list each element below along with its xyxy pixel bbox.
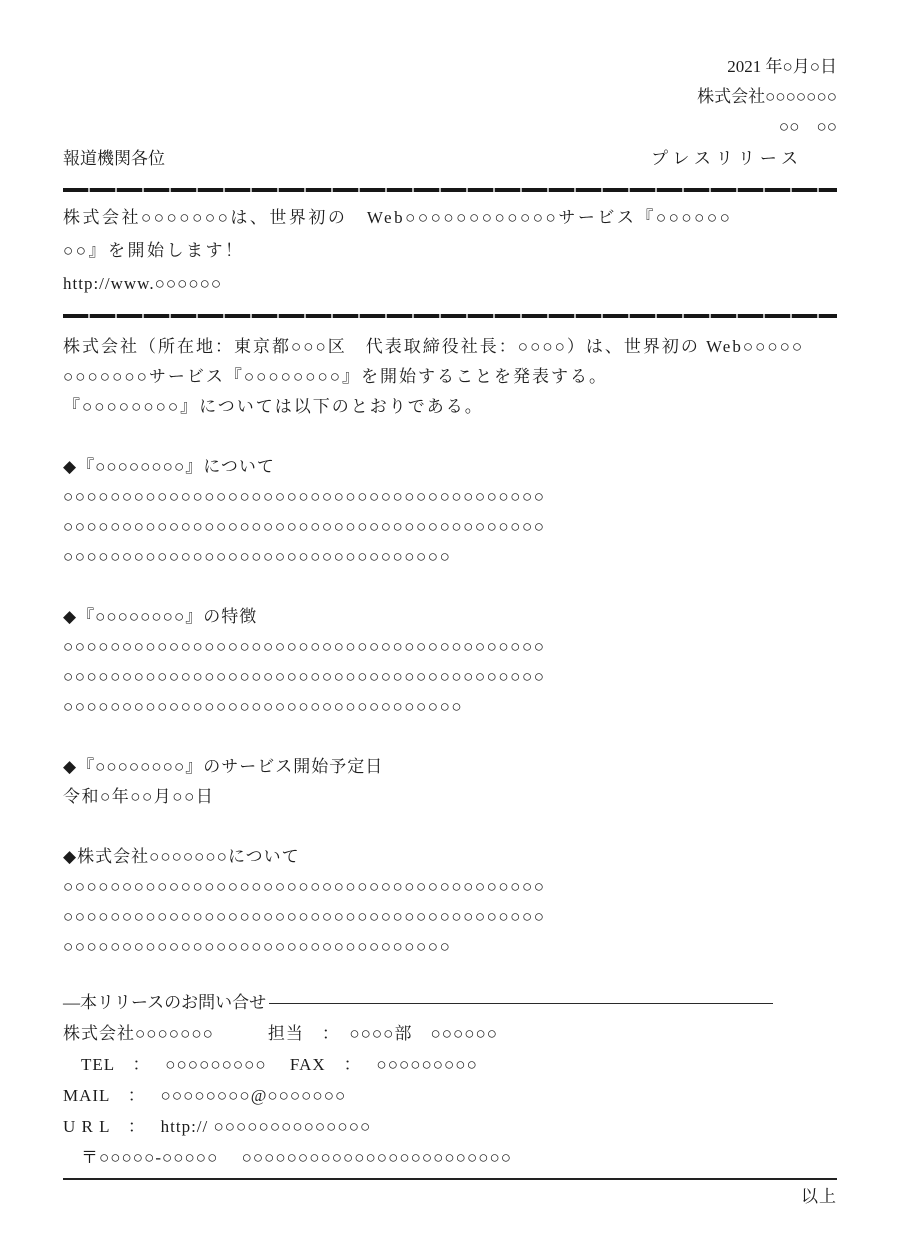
separator-rule-bottom <box>63 314 837 318</box>
company-name: 株式会社○○○○○○○ <box>63 82 837 112</box>
section-company-profile: ◆株式会社○○○○○○○について ○○○○○○○○○○○○○○○○○○○○○○○… <box>63 842 837 962</box>
contact-company-row: 株式会社○○○○○○○ 担当 ： ○○○○部 ○○○○○○ <box>63 1018 837 1049</box>
headline-block: 株式会社○○○○○○○は、世界初の Web○○○○○○○○○○○○サービス『○○… <box>63 192 837 312</box>
section-body-line: ○○○○○○○○○○○○○○○○○○○○○○○○○○○○○○○○○○○○○○○○… <box>63 872 837 902</box>
section-body-line: ○○○○○○○○○○○○○○○○○○○○○○○○○○○○○○○○○○○○○○○○… <box>63 512 837 542</box>
section-body-line: ○○○○○○○○○○○○○○○○○○○○○○○○○○○○○○○○○○○○○○○○… <box>63 482 837 512</box>
contact-address-row: 〒○○○○○-○○○○○ ○○○○○○○○○○○○○○○○○○○○○○○○ <box>63 1142 837 1173</box>
section-body-line: ○○○○○○○○○○○○○○○○○○○○○○○○○○○○○○○○○ <box>63 932 837 962</box>
contact-mail-row: MAIL ： ○○○○○○○○@○○○○○○○ <box>63 1080 837 1111</box>
contact-person-name: ○○ ○○ <box>63 112 837 142</box>
release-date: 2021 年○月○日 <box>63 52 837 82</box>
addressee-row: 報道機関各位 プレスリリース <box>63 144 837 174</box>
contact-divider-label: ―本リリースのお問い合せ <box>63 988 266 1018</box>
press-release-document: 2021 年○月○日 株式会社○○○○○○○ ○○ ○○ 報道機関各位 プレスリ… <box>0 0 900 1246</box>
contact-tel-fax-row: TEL ： ○○○○○○○○○ FAX ： ○○○○○○○○○ <box>63 1049 837 1080</box>
section-about: ◆『○○○○○○○○』について ○○○○○○○○○○○○○○○○○○○○○○○○… <box>63 452 837 572</box>
addressee: 報道機関各位 <box>63 144 165 174</box>
contact-divider-line <box>269 1003 773 1004</box>
headline-title-line: ○○』を開始します！ <box>63 234 837 267</box>
section-heading: ◆株式会社○○○○○○○について <box>63 842 837 872</box>
contact-block: ―本リリースのお問い合せ 株式会社○○○○○○○ 担当 ： ○○○○部 ○○○○… <box>63 988 837 1173</box>
section-body-line: ○○○○○○○○○○○○○○○○○○○○○○○○○○○○○○○○○○○○○○○○… <box>63 632 837 662</box>
headline-title-line: 株式会社○○○○○○○は、世界初の Web○○○○○○○○○○○○サービス『○○… <box>63 201 837 234</box>
headline-url: http://www.○○○○○○ <box>63 267 837 300</box>
section-body-line: 令和○年○○月○○日 <box>63 782 837 812</box>
section-launch-date: ◆『○○○○○○○○』のサービス開始予定日 令和○年○○月○○日 <box>63 752 837 812</box>
contact-url-row: U R L ： http:// ○○○○○○○○○○○○○○ <box>63 1111 837 1142</box>
section-body-line: ○○○○○○○○○○○○○○○○○○○○○○○○○○○○○○○○○○○○○○○○… <box>63 662 837 692</box>
contact-divider: ―本リリースのお問い合せ <box>63 988 837 1018</box>
lead-line: 株式会社（所在地：東京都○○○区 代表取締役社長：○○○○）は、世界初の Web… <box>63 332 837 362</box>
lead-line: ○○○○○○○サービス『○○○○○○○○』を開始することを発表する。 <box>63 362 837 392</box>
section-heading: ◆『○○○○○○○○』について <box>63 452 837 482</box>
document-type-label: プレスリリース <box>651 144 837 174</box>
closing-mark: 以上 <box>63 1180 837 1214</box>
section-body-line: ○○○○○○○○○○○○○○○○○○○○○○○○○○○○○○○○○○○○○○○○… <box>63 902 837 932</box>
section-heading: ◆『○○○○○○○○』のサービス開始予定日 <box>63 752 837 782</box>
section-body-line: ○○○○○○○○○○○○○○○○○○○○○○○○○○○○○○○○○ <box>63 542 837 572</box>
section-body-line: ○○○○○○○○○○○○○○○○○○○○○○○○○○○○○○○○○○ <box>63 692 837 722</box>
lead-line: 『○○○○○○○○』については以下のとおりである。 <box>63 392 837 422</box>
lead-paragraph: 株式会社（所在地：東京都○○○区 代表取締役社長：○○○○）は、世界初の Web… <box>63 332 837 422</box>
section-features: ◆『○○○○○○○○』の特徴 ○○○○○○○○○○○○○○○○○○○○○○○○○… <box>63 602 837 722</box>
section-heading: ◆『○○○○○○○○』の特徴 <box>63 602 837 632</box>
